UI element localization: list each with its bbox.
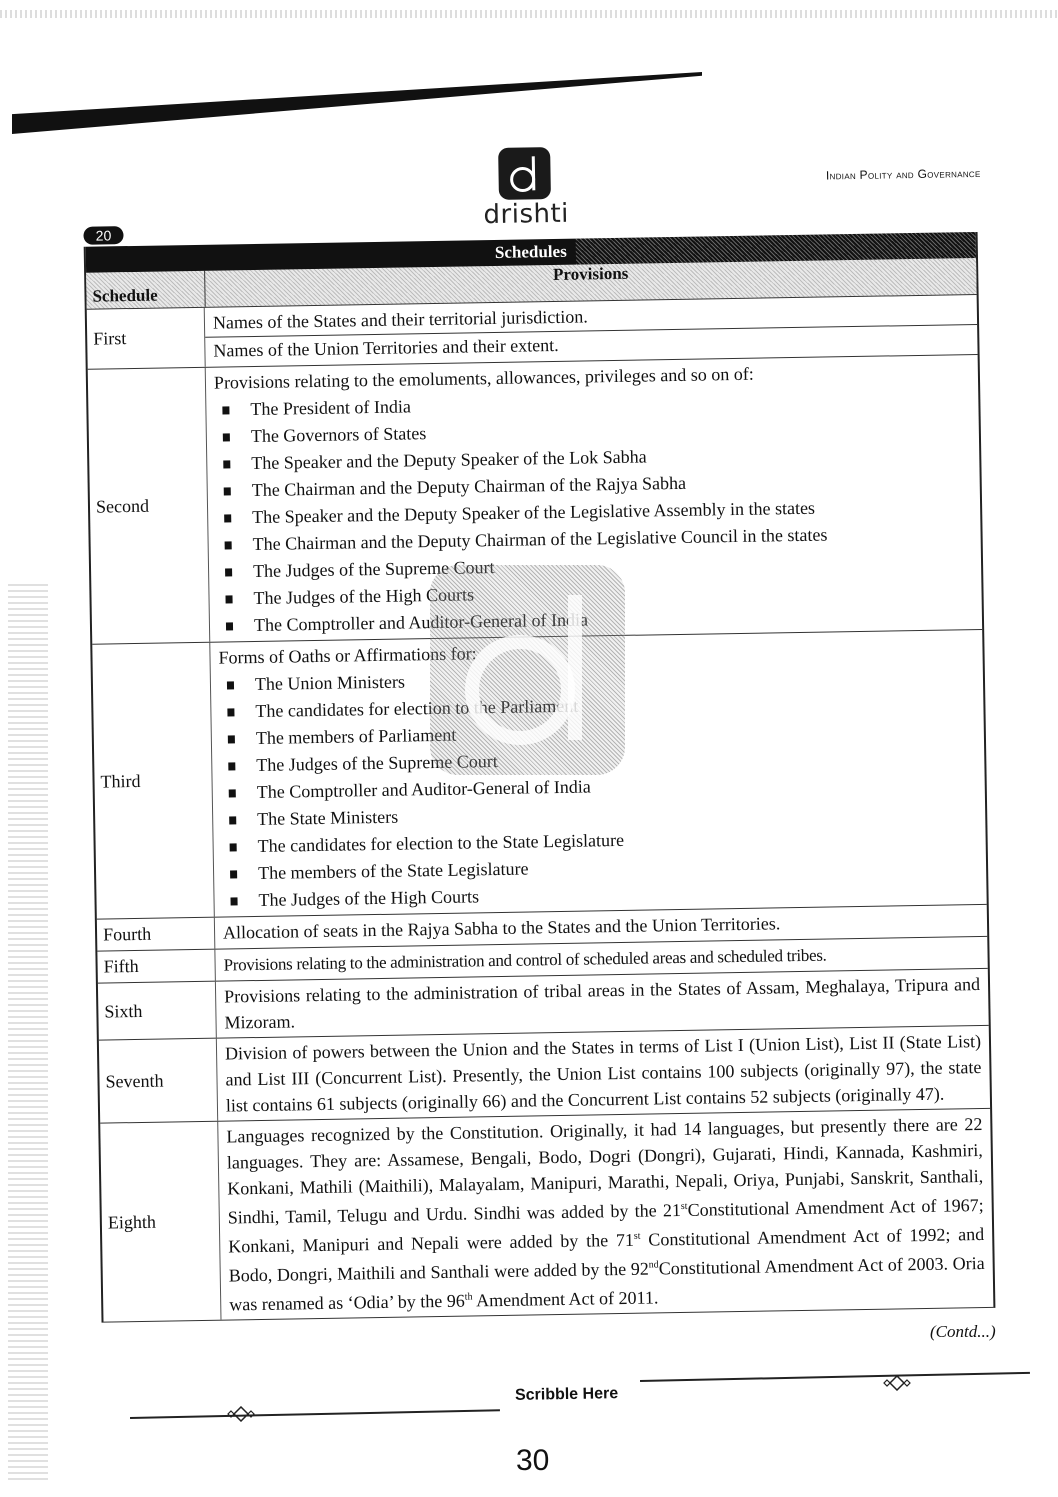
book-page: drishti Indian Polity and Governance 20 … [70,130,1000,1345]
schedule-name: Eighth [100,1122,221,1322]
schedule-name: First [87,308,206,369]
drishti-logo-icon [498,147,551,200]
running-head: Indian Polity and Governance [751,166,981,184]
ordinal-suffix: nd [649,1259,659,1270]
schedule-name: Seventh [99,1039,218,1123]
provision-text: Division of powers between the Union and… [217,1026,990,1121]
provision-text: Languages recognized by the Constitution… [218,1109,993,1320]
schedule-name: Sixth [98,982,217,1040]
divider-line [640,1372,1030,1382]
page-number: 30 [516,1444,549,1478]
provision-cell: Forms of Oaths or Affirmations for: The … [210,630,986,917]
header-schedule: Schedule [86,271,206,309]
scribble-label: Scribble Here [515,1385,618,1405]
schedule-name: Second [88,368,211,644]
schedule-name: Fourth [97,918,215,951]
provision-list: The Union MinistersThe candidates for el… [219,659,979,915]
table-row: Third Forms of Oaths or Affirmations for… [92,630,986,920]
ornament-diamond-icon [882,1375,912,1391]
table-row: Second Provisions relating to the emolum… [88,355,982,645]
continued-note: (Contd...) [930,1322,996,1342]
scribble-footer: Scribble Here [130,1360,1030,1440]
schedule-name: Fifth [97,950,215,983]
provision-cell: Provisions relating to the emoluments, a… [206,355,982,642]
scan-artifact-top [0,10,1058,18]
provision-list: The President of IndiaThe Governors of S… [214,384,974,640]
schedules-table: Schedules Schedule Provisions First Name… [84,232,996,1323]
ornament-diamond-icon [226,1406,256,1422]
brand-name: drishti [481,199,571,230]
scan-artifact-left [8,580,48,1480]
divider-line [130,1409,500,1419]
schedule-name: Third [92,643,215,919]
chapter-badge: 20 [83,226,123,245]
table-row: Eighth Languages recognized by the Const… [100,1109,993,1323]
text-segment: Amendment Act of 2011. [472,1287,658,1310]
table-row: Seventh Division of powers between the U… [99,1026,990,1124]
scan-black-bar [12,72,702,134]
